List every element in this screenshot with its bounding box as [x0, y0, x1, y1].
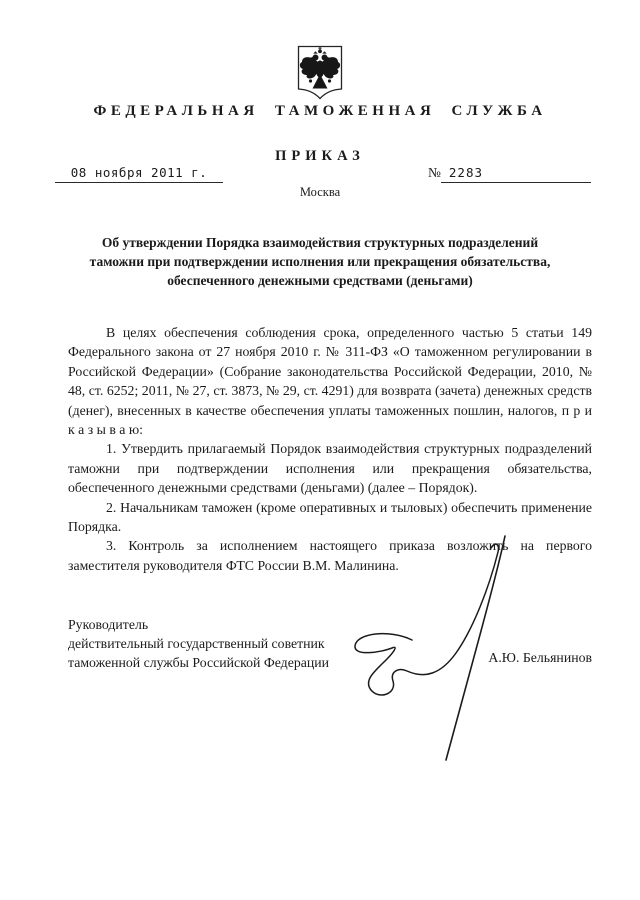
- order-date: 08 ноября 2011 г.: [55, 165, 223, 183]
- document-type-heading: ПРИКАЗ: [0, 148, 640, 165]
- order-title-line: обеспеченного денежными средствами (день…: [40, 271, 600, 290]
- signer-position-line: таможенной службы Российской Федерации: [68, 653, 329, 672]
- order-item-2: 2. Начальникам таможен (кроме оперативны…: [68, 498, 592, 537]
- signer-name: А.Ю. Бельянинов: [488, 650, 592, 666]
- order-number-block: №2283: [428, 165, 591, 183]
- order-number: 2283: [441, 165, 591, 183]
- order-item-1: 1. Утвердить прилагаемый Порядок взаимод…: [68, 439, 592, 497]
- scanned-order-document: ФЕДЕРАЛЬНАЯ ТАМОЖЕННАЯ СЛУЖБА ПРИКАЗ 08 …: [0, 0, 640, 900]
- order-title-line: Об утверждении Порядка взаимодействия ст…: [40, 233, 600, 252]
- number-sign: №: [428, 165, 441, 183]
- order-title-line: таможни при подтверждении исполнения или…: [40, 252, 600, 271]
- signer-position-line: действительный государственный советник: [68, 634, 329, 653]
- coat-of-arms-icon: [297, 45, 343, 101]
- issue-city: Москва: [0, 185, 640, 200]
- agency-name: ФЕДЕРАЛЬНАЯ ТАМОЖЕННАЯ СЛУЖБА: [0, 103, 640, 120]
- signer-position-line: Руководитель: [68, 615, 329, 634]
- order-title: Об утверждении Порядка взаимодействия ст…: [40, 233, 600, 290]
- intro-paragraph: В целях обеспечения соблюдения срока, оп…: [68, 323, 592, 439]
- signer-position: Руководитель действительный государствен…: [68, 615, 329, 673]
